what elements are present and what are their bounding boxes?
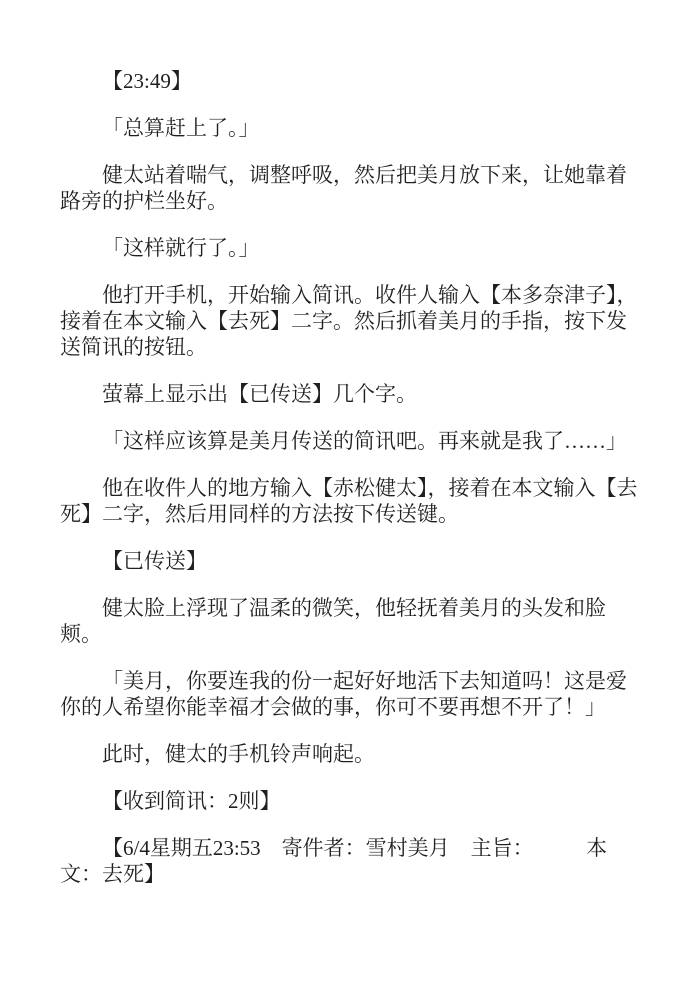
paragraph-dialogue: 「美月，你要连我的份一起好好地活下去知道吗！这是爱你的人希望你能幸福才会做的事，… [60, 668, 640, 720]
paragraph-narration: 健太脸上浮现了温柔的微笑，他轻抚着美月的头发和脸颊。 [60, 595, 640, 647]
paragraph-status: 【已传送】 [60, 548, 640, 574]
paragraph-narration: 他在收件人的地方输入【赤松健太】，接着在本文输入【去死】二字，然后用同样的方法按… [60, 475, 640, 527]
paragraph-narration: 他打开手机，开始输入简讯。收件人输入【本多奈津子】，接着在本文输入【去死】二字。… [60, 282, 640, 360]
paragraph-status: 【6/4星期五23:53 寄件者：雪村美月 主旨： 本文：去死】 [60, 835, 640, 887]
paragraph-timestamp: 【23:49】 [60, 68, 640, 94]
paragraph-dialogue: 「这样就行了。」 [60, 235, 640, 261]
novel-page: 【23:49】 「总算赶上了。」 健太站着喘气，调整呼吸，然后把美月放下来，让她… [0, 0, 700, 992]
paragraph-dialogue: 「总算赶上了。」 [60, 115, 640, 141]
paragraph-narration: 健太站着喘气，调整呼吸，然后把美月放下来，让她靠着路旁的护栏坐好。 [60, 162, 640, 214]
paragraph-status: 【收到简讯：2则】 [60, 788, 640, 814]
paragraph-narration: 此时，健太的手机铃声响起。 [60, 741, 640, 767]
paragraph-dialogue: 「这样应该算是美月传送的简讯吧。再来就是我了……」 [60, 428, 640, 454]
paragraph-narration: 萤幕上显示出【已传送】几个字。 [60, 381, 640, 407]
